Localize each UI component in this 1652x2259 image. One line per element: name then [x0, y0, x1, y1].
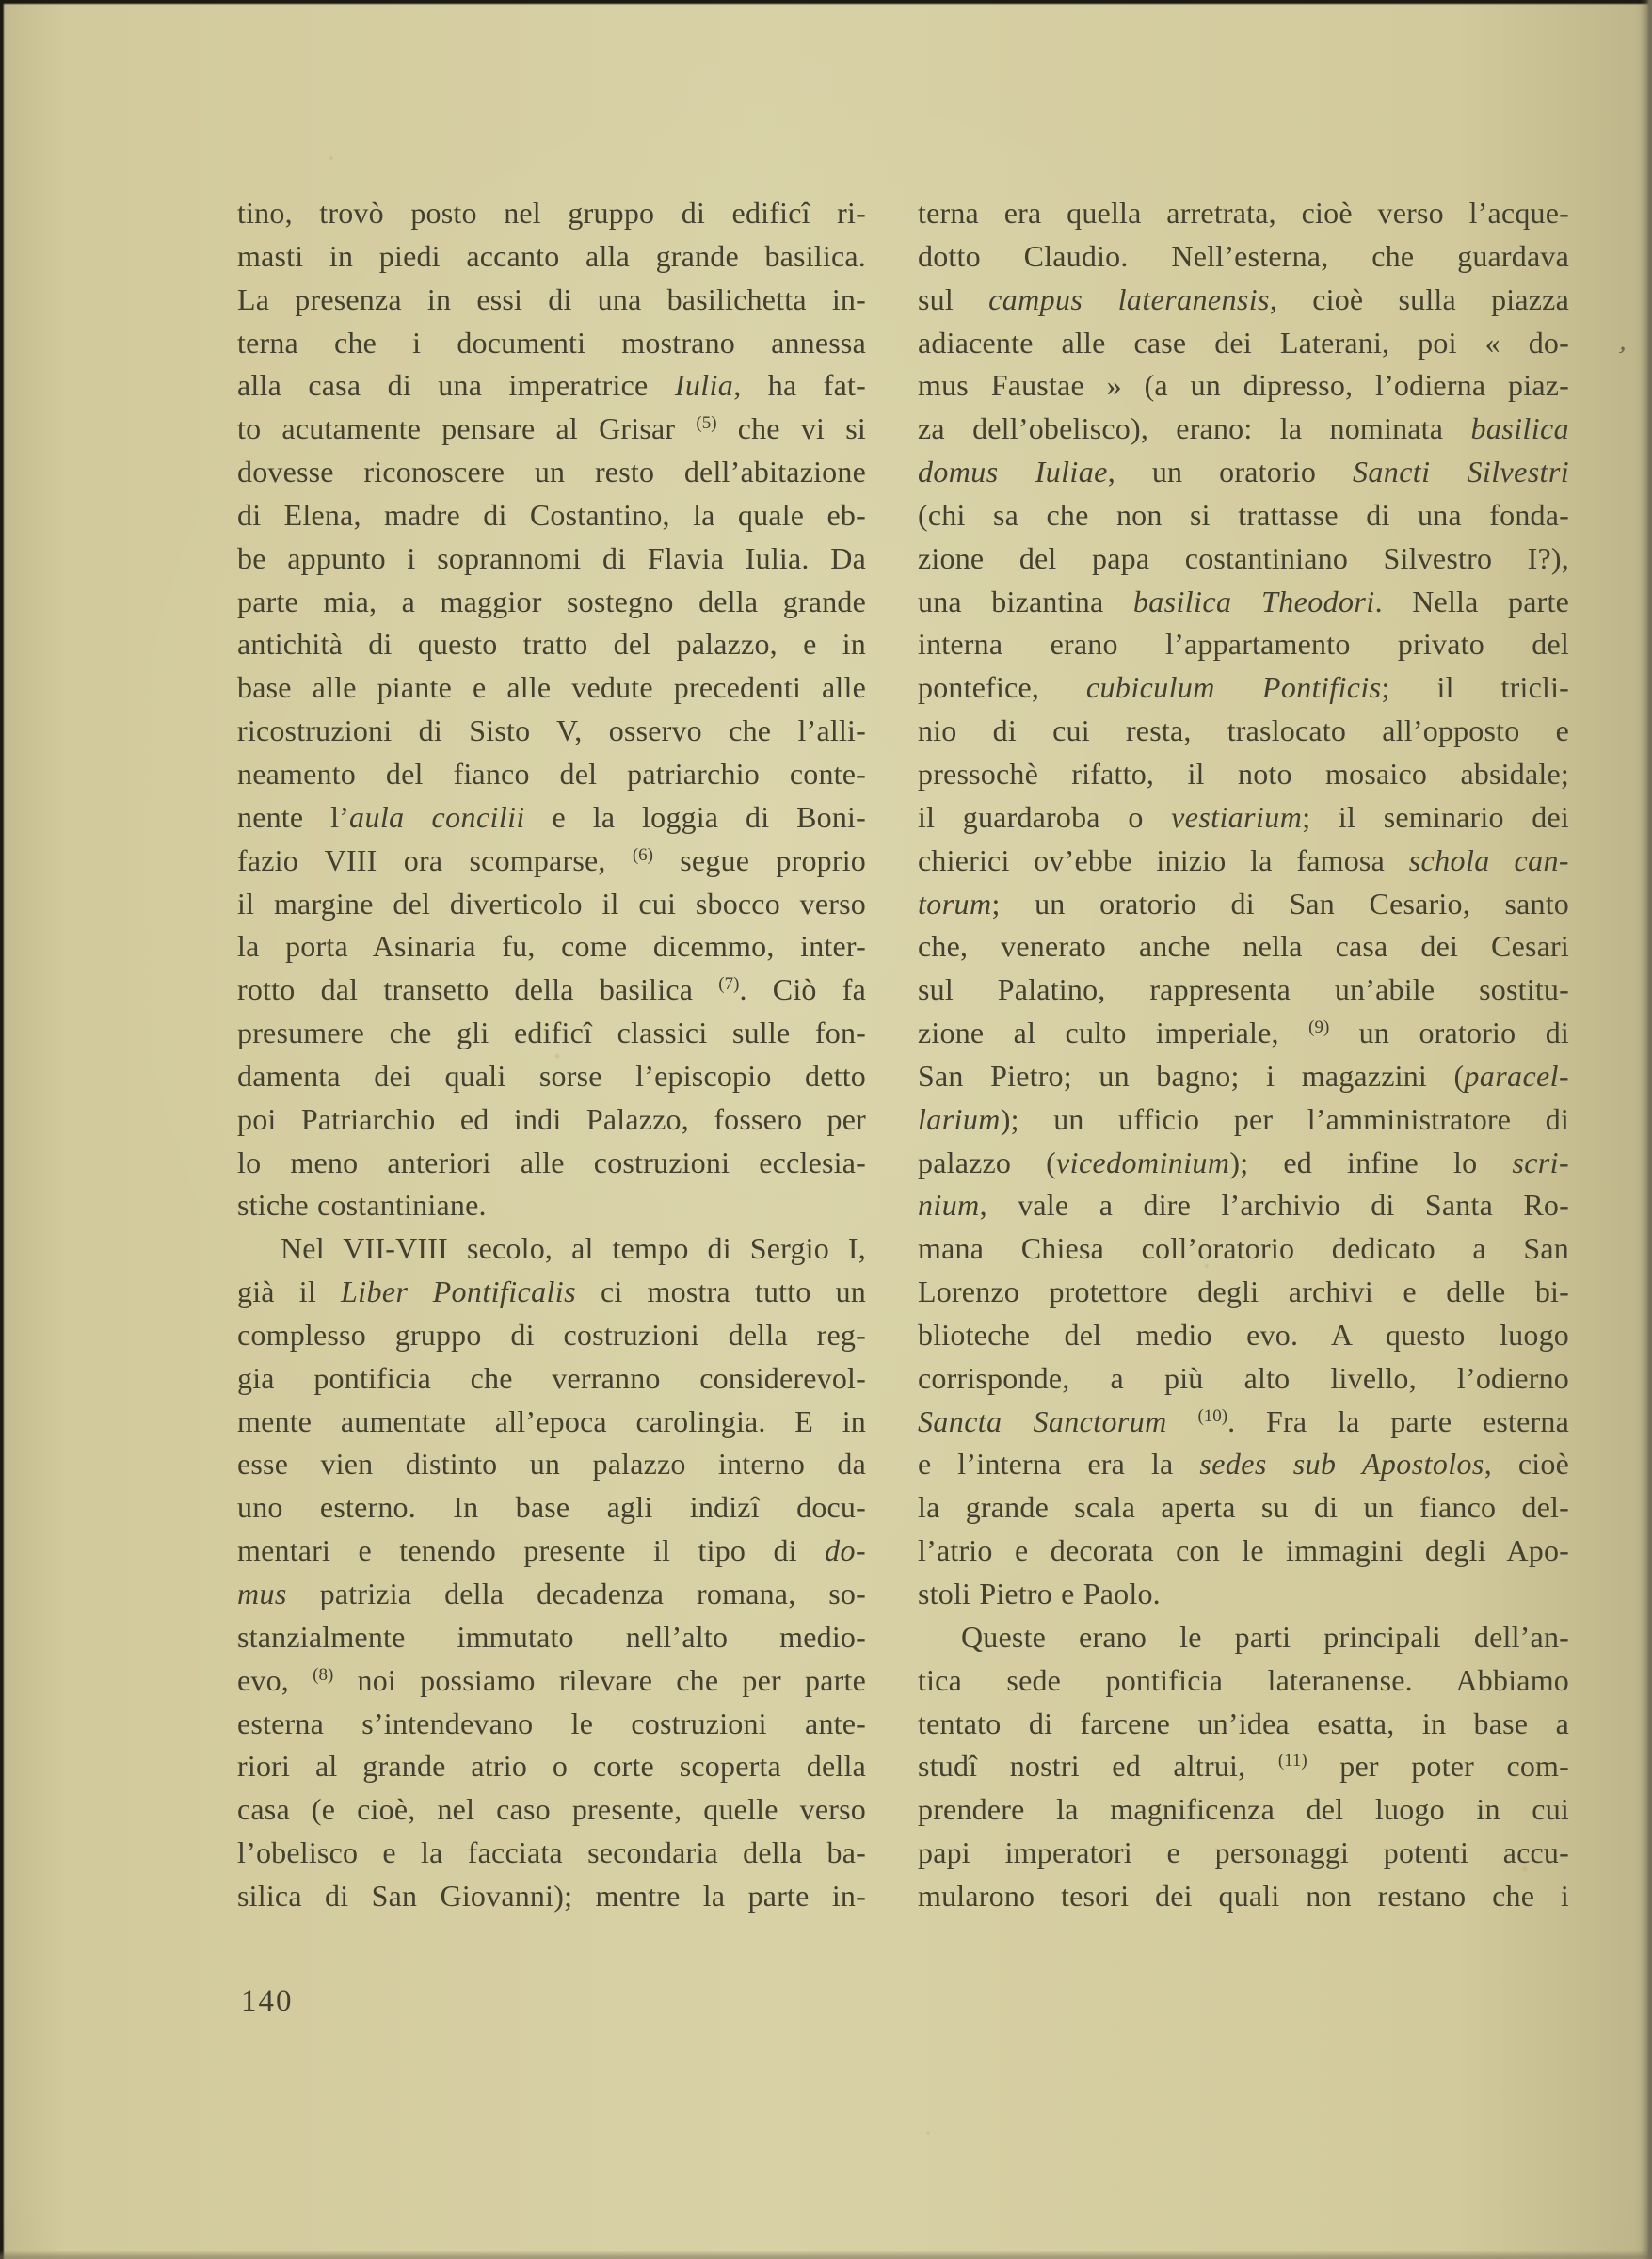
text-line: torum; un oratorio di San Cesario, santo: [918, 883, 1569, 926]
text-line: una bizantina basilica Theodori. Nella p…: [918, 581, 1569, 624]
text-line: ricostruzioni di Sisto V, osservo che l’…: [237, 710, 866, 753]
text-line: mus Faustae » (a un dipresso, l’odierna …: [918, 364, 1569, 408]
text-line: (chi sa che non si trattasse di una fond…: [918, 494, 1569, 537]
text-line: sul Palatino, rappresenta un’abile sosti…: [918, 969, 1569, 1012]
text-line: Nel VII-VIII secolo, al tempo di Sergio …: [237, 1227, 866, 1271]
text-line: già il Liber Pontificalis ci mostra tutt…: [237, 1271, 866, 1314]
text-line: larium); un ufficio per l’amministratore…: [918, 1098, 1569, 1142]
text-line: casa (e cioè, nel caso presente, quelle …: [237, 1788, 866, 1832]
text-line: nente l’aula concilii e la loggia di Bon…: [237, 796, 866, 840]
text-line: mana Chiesa coll’oratorio dedicato a San: [918, 1227, 1569, 1271]
text-line: stiche costantiniane.: [237, 1184, 866, 1227]
page-edge-left: [0, 0, 5, 2259]
text-line: neamento del fianco del patriarchio cont…: [237, 753, 866, 796]
text-line: l’obelisco e la facciata secondaria dell…: [237, 1832, 866, 1875]
text-line: tica sede pontificia lateranense. Abbiam…: [918, 1659, 1569, 1703]
text-line: masti in piedi accanto alla grande basil…: [237, 235, 866, 279]
text-line: silica di San Giovanni); mentre la parte…: [237, 1875, 866, 1918]
text-line: tino, trovò posto nel gruppo di edificî …: [237, 192, 866, 235]
page-number: 140: [241, 1984, 294, 2019]
text-line: to acutamente pensare al Grisar (5) che …: [237, 408, 866, 451]
text-line: tentato di farcene un’idea esatta, in ba…: [918, 1703, 1569, 1746]
text-line: corrisponde, a più alto livello, l’odier…: [918, 1357, 1569, 1401]
text-line: gia pontificia che verranno considerevol…: [237, 1357, 866, 1401]
text-line: palazzo (vicedominium); ed infine lo scr…: [918, 1142, 1569, 1185]
page-edge-bottom: [0, 2251, 1652, 2259]
text-line: terna era quella arretrata, cioè verso l…: [918, 192, 1569, 235]
text-line: il margine del diverticolo il cui sbocco…: [237, 883, 866, 926]
text-line: base alle piante e alle vedute precedent…: [237, 666, 866, 710]
text-line: esse vien distinto un palazzo interno da: [237, 1443, 866, 1486]
text-line: papi imperatori e personaggi potenti acc…: [918, 1832, 1569, 1875]
page-edge-right: [1641, 0, 1652, 2259]
text-line: pontefice, cubiculum Pontificis; il tric…: [918, 666, 1569, 710]
text-line: damenta dei quali sorse l’episcopio dett…: [237, 1055, 866, 1098]
text-line: la porta Asinaria fu, come dicemmo, inte…: [237, 925, 866, 969]
text-line: parte mia, a maggior sostegno della gran…: [237, 581, 866, 624]
text-line: za dell’obelisco), erano: la nominata ba…: [918, 408, 1569, 451]
text-line: uno esterno. In base agli indizî docu-: [237, 1486, 866, 1530]
text-line: domus Iuliae, un oratorio Sancti Silvest…: [918, 451, 1569, 494]
text-line: chierici ov’ebbe inizio la famosa schola…: [918, 840, 1569, 883]
text-line: lo meno anteriori alle costruzioni eccle…: [237, 1142, 866, 1185]
text-line: presumere che gli edificî classici sulle…: [237, 1012, 866, 1055]
text-line: adiacente alle case dei Laterani, poi « …: [918, 322, 1569, 365]
text-line: nio di cui resta, traslocato all’opposto…: [918, 710, 1569, 753]
text-line: San Pietro; un bagno; i magazzini (parac…: [918, 1055, 1569, 1098]
book-page: tino, trovò posto nel gruppo di edificî …: [0, 0, 1652, 2259]
text-line: terna che i documenti mostrano annessa: [237, 322, 866, 365]
text-line: rotto dal transetto della basilica (7). …: [237, 969, 866, 1012]
text-line: interna erano l’appartamento privato del: [918, 623, 1569, 666]
text-line: mularono tesori dei quali non restano ch…: [918, 1875, 1569, 1918]
text-line: dovesse riconoscere un resto dell’abitaz…: [237, 451, 866, 494]
text-line: Sancta Sanctorum (10). Fra la parte este…: [918, 1401, 1569, 1444]
text-line: Lorenzo protettore degli archivi e delle…: [918, 1271, 1569, 1314]
text-line: mentari e tenendo presente il tipo di do…: [237, 1530, 866, 1573]
text-line: Queste erano le parti principali dell’an…: [918, 1616, 1569, 1659]
text-line: complesso gruppo di costruzioni della re…: [237, 1314, 866, 1357]
text-line: pressochè rifatto, il noto mosaico absid…: [918, 753, 1569, 796]
text-block: tino, trovò posto nel gruppo di edificî …: [0, 0, 1652, 2259]
text-line: zione del papa costantiniano Silvestro I…: [918, 537, 1569, 581]
text-line: studî nostri ed altrui, (11) per poter c…: [918, 1745, 1569, 1788]
text-line: blioteche del medio evo. A questo luogo: [918, 1314, 1569, 1357]
page-edge-top: [0, 0, 1652, 5]
text-line: la grande scala aperta su di un fianco d…: [918, 1486, 1569, 1530]
text-line: l’atrio e decorata con le immagini degli…: [918, 1530, 1569, 1573]
text-line: mus patrizia della decadenza romana, so-: [237, 1573, 866, 1616]
column-right: terna era quella arretrata, cioè verso l…: [918, 192, 1569, 1918]
text-line: fazio VIII ora scomparse, (6) segue prop…: [237, 840, 866, 883]
text-line: dotto Claudio. Nell’esterna, che guardav…: [918, 235, 1569, 279]
text-line: alla casa di una imperatrice Iulia, ha f…: [237, 364, 866, 408]
text-line: riori al grande atrio o corte scoperta d…: [237, 1745, 866, 1788]
text-line: stoli Pietro e Paolo.: [918, 1573, 1569, 1616]
text-line: zione al culto imperiale, (9) un oratori…: [918, 1012, 1569, 1055]
text-line: di Elena, madre di Costantino, la quale …: [237, 494, 866, 537]
text-line: sul campus lateranensis, cioè sulla piaz…: [918, 279, 1569, 322]
text-line: mente aumentate all’epoca carolingia. E …: [237, 1401, 866, 1444]
text-line: nium, vale a dire l’archivio di Santa Ro…: [918, 1184, 1569, 1227]
text-line: e l’interna era la sedes sub Apostolos, …: [918, 1443, 1569, 1486]
text-line: prendere la magnificenza del luogo in cu…: [918, 1788, 1569, 1832]
text-line: stanzialmente immutato nell’alto medio-: [237, 1616, 866, 1659]
text-line: che, venerato anche nella casa dei Cesar…: [918, 925, 1569, 969]
text-line: il guardaroba o vestiarium; il seminario…: [918, 796, 1569, 840]
text-line: esterna s’intendevano le costruzioni ant…: [237, 1703, 866, 1746]
text-line: antichità di questo tratto del palazzo, …: [237, 623, 866, 666]
column-left: tino, trovò posto nel gruppo di edificî …: [237, 192, 866, 1918]
text-line: La presenza in essi di una basilichetta …: [237, 279, 866, 322]
text-line: evo, (8) noi possiamo rilevare che per p…: [237, 1659, 866, 1703]
text-line: be appunto i soprannomi di Flavia Iulia.…: [237, 537, 866, 581]
text-line: poi Patriarchio ed indi Palazzo, fossero…: [237, 1098, 866, 1142]
